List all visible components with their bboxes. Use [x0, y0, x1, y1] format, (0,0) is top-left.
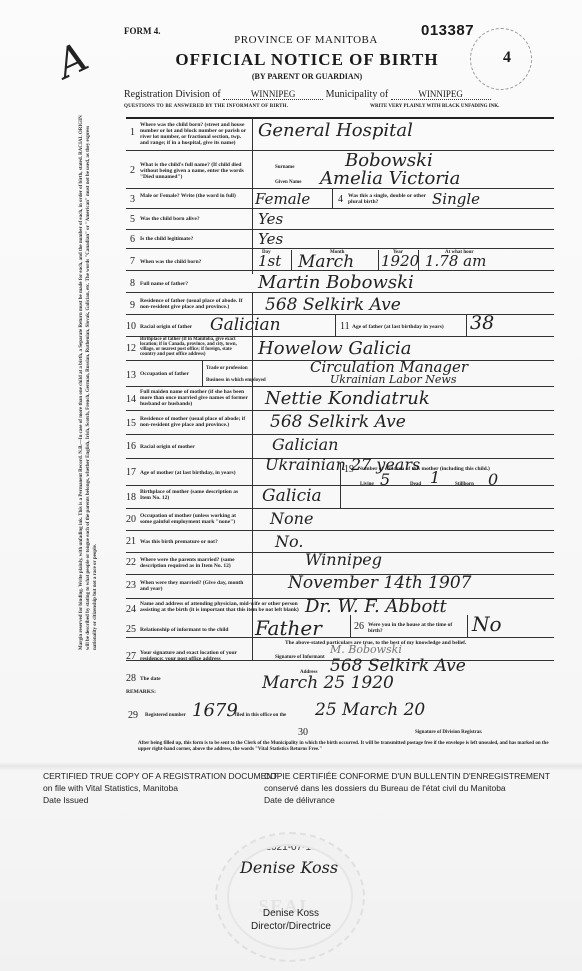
cert-en-line3: Date Issued: [43, 794, 278, 806]
question-27: Your signature and exact location of you…: [140, 650, 248, 662]
item-number: 30: [298, 727, 308, 738]
item-number: 3: [130, 194, 135, 205]
column-divider: [340, 463, 341, 508]
answer-stillborn: 0: [488, 470, 498, 489]
column-divider: [202, 360, 203, 386]
registered-number-label: Registered number: [145, 713, 186, 718]
item-number: 8: [130, 278, 135, 289]
surname-label: Surname: [275, 165, 294, 170]
document-subtitle: (BY PARENT OR GUARDIAN): [0, 72, 582, 81]
item-number: 6: [130, 234, 135, 245]
answer-father-birthplace: Howelow Galicia: [258, 338, 412, 359]
answer-father-racial-origin: Galician: [210, 315, 281, 335]
item-number: 14: [126, 394, 136, 405]
informant-signature: M. Bobowski: [330, 643, 402, 656]
cert-fr-line2: conservé dans les dossiers du Bureau de …: [264, 782, 550, 794]
divider: [126, 530, 554, 531]
answer-mother-racial-origin: Galician: [272, 435, 338, 454]
item-number: 1: [130, 127, 135, 138]
dead-label: Dead: [410, 482, 421, 487]
answer-marriage-place: Winnipeg: [305, 550, 382, 569]
answer-dead-children: 1: [430, 468, 440, 487]
answer-father-age: 38: [470, 312, 494, 334]
question-23: When were they married? (Give day, month…: [140, 580, 248, 592]
item-number: 17: [126, 467, 136, 478]
question-6: Is the child legitimate?: [140, 236, 193, 242]
question-1: Where was the child born? (street and ho…: [140, 122, 248, 146]
question-22: Where were the parents married? (same de…: [140, 557, 248, 569]
item-number: 23: [126, 580, 136, 591]
cert-en-line1: CERTIFIED TRUE COPY OF A REGISTRATION DO…: [43, 770, 278, 782]
signature-label: Signature of Informant: [275, 655, 325, 660]
divider: [126, 637, 554, 638]
item-number: 28: [126, 673, 136, 684]
question-8: Full name of father?: [140, 281, 188, 287]
question-17: Age of mother (at last birthday, in year…: [140, 470, 236, 476]
living-label: Living: [360, 482, 374, 487]
business-label: Business in which employed: [206, 378, 266, 383]
registration-line: Registration Division of WINNIPEG Munici…: [124, 89, 491, 100]
column-divider: [466, 314, 467, 336]
answer-father-business: Ukrainian Labor News: [330, 373, 457, 386]
director-signature: Denise Koss: [240, 858, 338, 877]
question-11: Age of father (at last birthday in years…: [352, 324, 444, 330]
signer-title: Director/Directrice: [0, 921, 582, 932]
column-divider: [467, 615, 468, 637]
item-number: 2: [130, 165, 135, 176]
item-number: 27: [126, 651, 136, 662]
answer-living-children: 5: [380, 470, 390, 489]
question-5: Was the child born alive?: [140, 216, 200, 222]
footer-instructions: After being filled up, this form is to b…: [138, 741, 558, 753]
question-24: Name and address of attending physician,…: [140, 601, 300, 613]
item-number: 16: [126, 441, 136, 452]
stillborn-label: Stillborn: [455, 482, 474, 487]
answer-premature: No.: [275, 532, 303, 551]
answer-present-at-birth: No: [472, 612, 502, 636]
item-number: 11: [340, 321, 350, 332]
item-number: 4: [338, 194, 343, 205]
answer-father-residence: 568 Selkirk Ave: [265, 295, 401, 315]
item-number: 7: [130, 256, 135, 267]
item-number: 9: [130, 300, 135, 311]
trade-label: Trade or profession: [206, 366, 248, 371]
column-divider: [335, 314, 336, 336]
item-number: 25: [126, 624, 136, 635]
question-26: Were you in the house at the time of bir…: [368, 622, 464, 634]
question-4: Was this a single, double or other plura…: [348, 193, 428, 205]
divider: [126, 508, 554, 509]
item-number: 10: [126, 321, 136, 332]
column-divider: [332, 188, 333, 208]
answer-given-name: Amelia Victoria: [320, 168, 460, 189]
item-number: 24: [126, 604, 136, 615]
answer-mother-occupation: None: [270, 509, 313, 528]
given-name-label: Given Name: [275, 180, 302, 185]
question-10: Racial origin of father: [140, 324, 192, 330]
question-20: Occupation of mother (unless working at …: [140, 513, 248, 525]
answer-attending-physician: Dr. W. F. Abbott: [305, 596, 447, 617]
column-divider: [418, 250, 419, 270]
question-14: Full maiden name of mother (if she has b…: [140, 389, 248, 407]
column-divider: [291, 250, 292, 270]
question-13: Occupation of father: [140, 371, 189, 377]
answer-birth-hour: 1.78 am: [425, 252, 486, 270]
question-9: Residence of father (usual place of abod…: [140, 298, 248, 310]
paper-fold: [0, 762, 582, 770]
column-divider: [378, 250, 379, 270]
item-number: 19: [344, 464, 354, 475]
divider: [126, 248, 554, 249]
answer-father-name: Martin Bobowski: [258, 272, 414, 293]
instruction-left: QUESTIONS TO BE ANSWERED BY THE INFORMAN…: [124, 104, 288, 109]
question-18: Birthplace of mother (same description a…: [140, 489, 248, 501]
divider: [126, 229, 554, 230]
divider: [126, 434, 554, 435]
column-divider: [350, 615, 351, 637]
municipality-value: WINNIPEG: [391, 89, 491, 100]
question-21: Was this birth premature or not?: [140, 539, 218, 545]
answer-sex: Female: [255, 190, 310, 208]
answer-marriage-date: November 14th 1907: [288, 573, 471, 593]
divider: [126, 117, 554, 119]
answer-mother-birthplace: Galicia: [262, 486, 322, 506]
item-number: 20: [126, 514, 136, 525]
document-title: OFFICIAL NOTICE OF BIRTH: [0, 50, 582, 70]
answer-born-alive: Yes: [258, 210, 283, 228]
answer-birth-year: 1920: [381, 252, 419, 270]
certification-english: CERTIFIED TRUE COPY OF A REGISTRATION DO…: [43, 770, 278, 806]
answer-mother-maiden-name: Nettie Kondiatruk: [265, 388, 430, 409]
divider: [126, 208, 554, 209]
birth-certificate-page: A FORM 4. 013387 4 PROVINCE OF MANITOBA …: [0, 0, 582, 971]
answer-plurality: Single: [432, 190, 480, 208]
item-number: 21: [126, 536, 136, 547]
item-number: 12: [126, 343, 136, 354]
question-12: Birthplace of father (If in Manitoba, gi…: [140, 337, 248, 357]
province-heading: PROVINCE OF MANITOBA: [0, 34, 582, 46]
divider: [126, 386, 554, 387]
remarks-label: REMARKS:: [126, 689, 156, 695]
cert-fr-line3: Date de délivrance: [264, 794, 550, 806]
registration-division-label: Registration Division of: [124, 89, 221, 100]
item-number: 18: [126, 492, 136, 503]
item-number: 15: [126, 418, 136, 429]
answer-informant-date: March 25 1920: [262, 673, 394, 693]
item-number: 5: [130, 214, 135, 225]
cert-en-line2: on file with Vital Statistics, Manitoba: [43, 782, 278, 794]
instruction-right: WRITE VERY PLAINLY WITH BLACK UNFADING I…: [370, 104, 499, 109]
answer-birthplace: General Hospital: [258, 120, 413, 141]
answer-birth-month: March: [298, 252, 354, 272]
question-15: Residence of mother (usual place of abod…: [140, 416, 248, 428]
divider: [126, 150, 554, 151]
filed-date: 25 March 20: [315, 700, 425, 720]
answer-legitimate: Yes: [258, 230, 283, 248]
question-28: The date: [140, 676, 161, 682]
question-3: Male or Female? Write (the word in full): [140, 193, 248, 199]
registrar-signature-label: Signature of Division Registrar.: [415, 730, 482, 735]
registration-division-value: WINNIPEG: [223, 89, 323, 100]
answer-birth-day: 1st: [258, 252, 281, 270]
certification-french: COPIE CERTIFIÉE CONFORME D'UN BULLENTIN …: [264, 770, 550, 806]
question-16: Racial origin of mother: [140, 444, 195, 450]
answer-mother-residence: 568 Selkirk Ave: [270, 412, 406, 432]
registered-number: 1679: [192, 700, 238, 721]
item-number: 22: [126, 557, 136, 568]
item-number: 29: [128, 710, 138, 721]
column-divider: [252, 117, 253, 274]
divider: [126, 410, 554, 411]
filed-label: filed in this office on the: [235, 713, 286, 718]
signer-name: Denise Koss: [0, 908, 582, 919]
item-number: 13: [126, 370, 136, 381]
municipality-label: Municipality of: [326, 89, 389, 100]
question-25: Relationship of informant to the child: [140, 627, 228, 633]
question-7: When was the child born?: [140, 259, 201, 265]
cert-fr-line1: COPIE CERTIFIÉE CONFORME D'UN BULLENTIN …: [264, 770, 550, 782]
margin-instructions: Margin reserved for binding. Write plain…: [78, 110, 99, 650]
question-2: What is the child's full name? (If child…: [140, 162, 248, 180]
question-19: Number of children of this mother (inclu…: [358, 466, 490, 472]
item-number: 26: [354, 621, 364, 632]
